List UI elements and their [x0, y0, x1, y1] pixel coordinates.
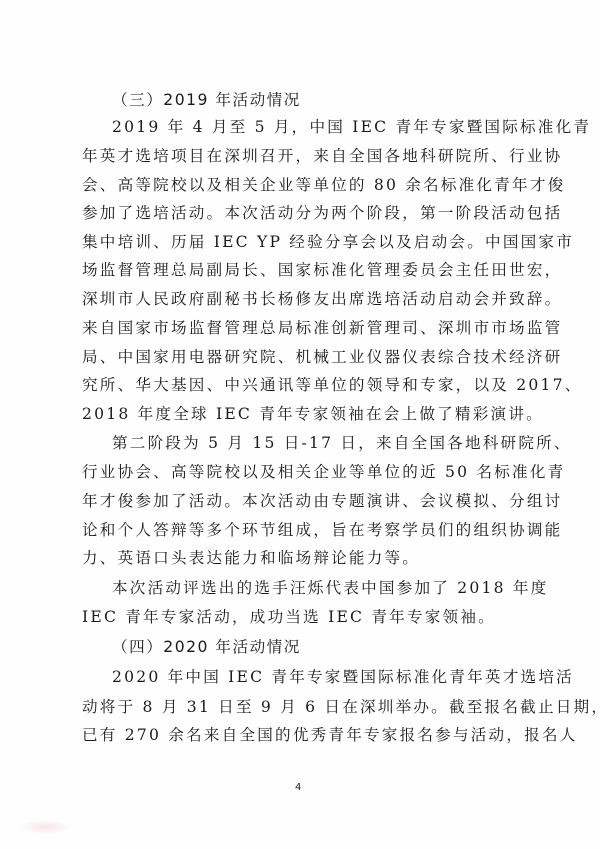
section-heading-2020: （四）2020 年活动情况 [112, 637, 301, 657]
text-line: 局、中国家用电器研究院、机械工业仪器仪表综合技术经济研 [82, 347, 518, 367]
text-line: 本次活动评选出的选手汪烁代表中国参加了 2018 年度 [112, 578, 518, 598]
text-line: 行业协会、高等院校以及相关企业等单位的近 50 名标准化青 [82, 462, 518, 482]
section-heading-2019: （三）2019 年活动情况 [112, 90, 301, 110]
text-line: 场监督管理总局副局长、国家标准化管理委员会主任田世宏， [82, 260, 518, 280]
text-line: 动将于 8 月 31 日至 9 月 6 日在深圳举办。截至报名截止日期， [82, 697, 518, 717]
page-number: 4 [295, 782, 301, 793]
text-line: IEC 青年专家活动，成功当选 IEC 青年专家领袖。 [82, 607, 518, 627]
text-line: 已有 270 余名来自全国的优秀青年专家报名参与活动，报名人 [82, 725, 518, 745]
text-line: 会、高等院校以及相关企业等单位的 80 余名标准化青年才俊 [82, 175, 518, 195]
faint-stamp-mark [18, 820, 73, 834]
text-line: 年才俊参加了活动。本次活动由专题演讲、会议模拟、分组讨 [82, 491, 518, 511]
text-line: 第二阶段为 5 月 15 日-17 日，来自全国各地科研院所、 [112, 433, 518, 453]
text-line: 参加了选培活动。本次活动分为两个阶段，第一阶段活动包括 [82, 203, 518, 223]
text-line: 2020 年中国 IEC 青年专家暨国际标准化青年英才选培活 [112, 667, 518, 687]
text-line: 力、英语口头表达能力和临场辩论能力等。 [82, 548, 518, 568]
document-page: （三）2019 年活动情况 2019 年 4 月至 5 月，中国 IEC 青年专… [0, 0, 600, 849]
text-line: 2018 年度全球 IEC 青年专家领袖在会上做了精彩演讲。 [82, 404, 518, 424]
text-line: 深圳市人民政府副秘书长杨修友出席选培活动启动会并致辞。 [82, 289, 518, 309]
text-line: 集中培训、历届 IEC YP 经验分享会以及启动会。中国国家市 [82, 232, 518, 252]
text-line: 来自国家市场监督管理总局标准创新管理司、深圳市市场监管 [82, 318, 518, 338]
text-line: 究所、华大基因、中兴通讯等单位的领导和专家，以及 2017、 [82, 375, 518, 395]
text-line: 2019 年 4 月至 5 月，中国 IEC 青年专家暨国际标准化青 [112, 117, 518, 137]
text-line: 年英才选培项目在深圳召开，来自全国各地科研院所、行业协 [82, 146, 518, 166]
text-line: 论和个人答辩等多个环节组成，旨在考察学员们的组织协调能 [82, 520, 518, 540]
